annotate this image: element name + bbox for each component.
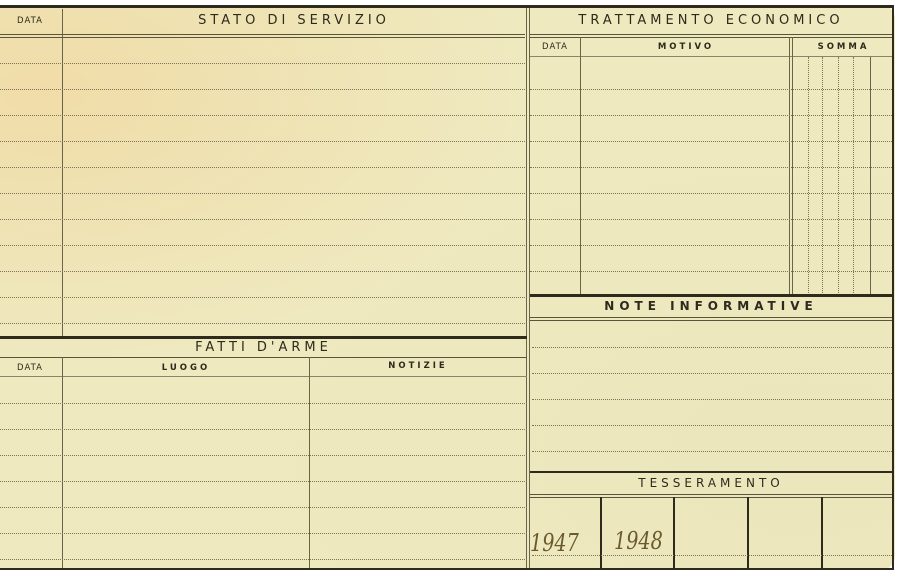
fatti-row-line — [0, 429, 527, 430]
stato-row-line — [0, 271, 525, 272]
fatti-notizie-header: NOTIZIE — [310, 361, 526, 371]
tesseramento-divider — [821, 497, 823, 568]
stato-data-divider — [62, 9, 63, 339]
tesseramento-cell-4[interactable] — [750, 499, 820, 567]
note-row-line — [532, 347, 892, 348]
stato-row-line — [0, 297, 525, 298]
note-row-line — [532, 373, 892, 374]
somma-digit-line — [838, 57, 839, 295]
main-column-divider — [526, 8, 527, 568]
tesseramento-year-1: 1947 — [530, 529, 579, 557]
stato-row-line — [0, 167, 525, 168]
tesseramento-divider — [673, 497, 675, 568]
note-informative-title: NOTE INFORMATIVE — [530, 299, 892, 313]
fatti-row-line — [0, 559, 527, 560]
trattamento-data-header: DATA — [530, 42, 580, 52]
trattamento-motivo-divider-2 — [792, 37, 793, 295]
stato-row-line — [0, 63, 525, 64]
trattamento-row-line — [530, 193, 892, 194]
fatti-subheader-rule — [0, 376, 527, 377]
stato-data-header: DATA — [0, 16, 60, 26]
stato-row-line — [0, 141, 525, 142]
stato-di-servizio-title: STATO DI SERVIZIO — [63, 13, 525, 28]
note-header-rule — [530, 317, 892, 318]
trattamento-motivo-divider — [789, 37, 790, 295]
tesseramento-cell-5[interactable] — [824, 499, 891, 567]
trattamento-row-line — [530, 141, 892, 142]
top-border — [0, 5, 893, 8]
stato-row-line — [0, 115, 525, 116]
trattamento-somma-header: SOMMA — [795, 42, 892, 52]
trattamento-motivo-header: MOTIVO — [582, 42, 790, 52]
tesseramento-header-rule — [530, 494, 892, 495]
fatti-top-rule — [0, 336, 527, 339]
trattamento-header-rule — [530, 34, 892, 35]
note-top-rule — [530, 294, 892, 297]
fatti-row-line — [0, 455, 527, 456]
trattamento-economico-title: TRATTAMENTO ECONOMICO — [530, 13, 892, 28]
note-row-line — [532, 399, 892, 400]
tesseramento-title: TESSERAMENTO — [530, 476, 892, 490]
fatti-row-line — [0, 403, 527, 404]
stato-row-line — [0, 89, 525, 90]
trattamento-header-rule-2 — [530, 37, 892, 38]
tesseramento-top-rule — [530, 471, 892, 473]
fatti-luogo-header: LUOGO — [63, 363, 309, 373]
somma-digit-line — [822, 57, 823, 295]
trattamento-row-line — [530, 271, 892, 272]
somma-digit-line — [808, 57, 809, 295]
bottom-border — [0, 568, 893, 570]
fatti-row-line — [0, 533, 527, 534]
fatti-header-rule — [0, 357, 527, 358]
trattamento-row-line — [530, 245, 892, 246]
fatti-row-line — [0, 481, 527, 482]
service-record-card: DATA STATO DI SERVIZIO FATTI D'ARME DATA… — [0, 5, 895, 570]
note-row-line — [532, 451, 892, 452]
note-header-rule-2 — [530, 320, 892, 321]
stato-row-line — [0, 193, 525, 194]
trattamento-data-divider — [580, 37, 581, 295]
tesseramento-header-rule-2 — [530, 497, 892, 498]
trattamento-row-line — [530, 115, 892, 116]
right-border — [892, 5, 894, 570]
fatti-data-divider — [62, 357, 63, 568]
note-row-line — [532, 425, 892, 426]
stato-header-rule-2 — [0, 37, 525, 38]
stato-row-line — [0, 245, 525, 246]
fatti-row-line — [0, 507, 527, 508]
tesseramento-cell-3[interactable] — [676, 499, 746, 567]
tesseramento-divider — [600, 497, 602, 568]
stato-header-rule — [0, 34, 525, 35]
tesseramento-divider — [747, 497, 749, 568]
tesseramento-year-2: 1948 — [614, 527, 663, 555]
stato-row-line — [0, 219, 525, 220]
fatti-d-arme-title: FATTI D'ARME — [0, 340, 527, 355]
trattamento-row-line — [530, 219, 892, 220]
trattamento-row-line — [530, 167, 892, 168]
fatti-data-header: DATA — [0, 363, 60, 373]
stato-row-line — [0, 323, 525, 324]
fatti-luogo-divider — [309, 357, 310, 568]
somma-decimal-divider — [870, 57, 871, 295]
trattamento-row-line — [530, 89, 892, 90]
somma-digit-line — [853, 57, 854, 295]
